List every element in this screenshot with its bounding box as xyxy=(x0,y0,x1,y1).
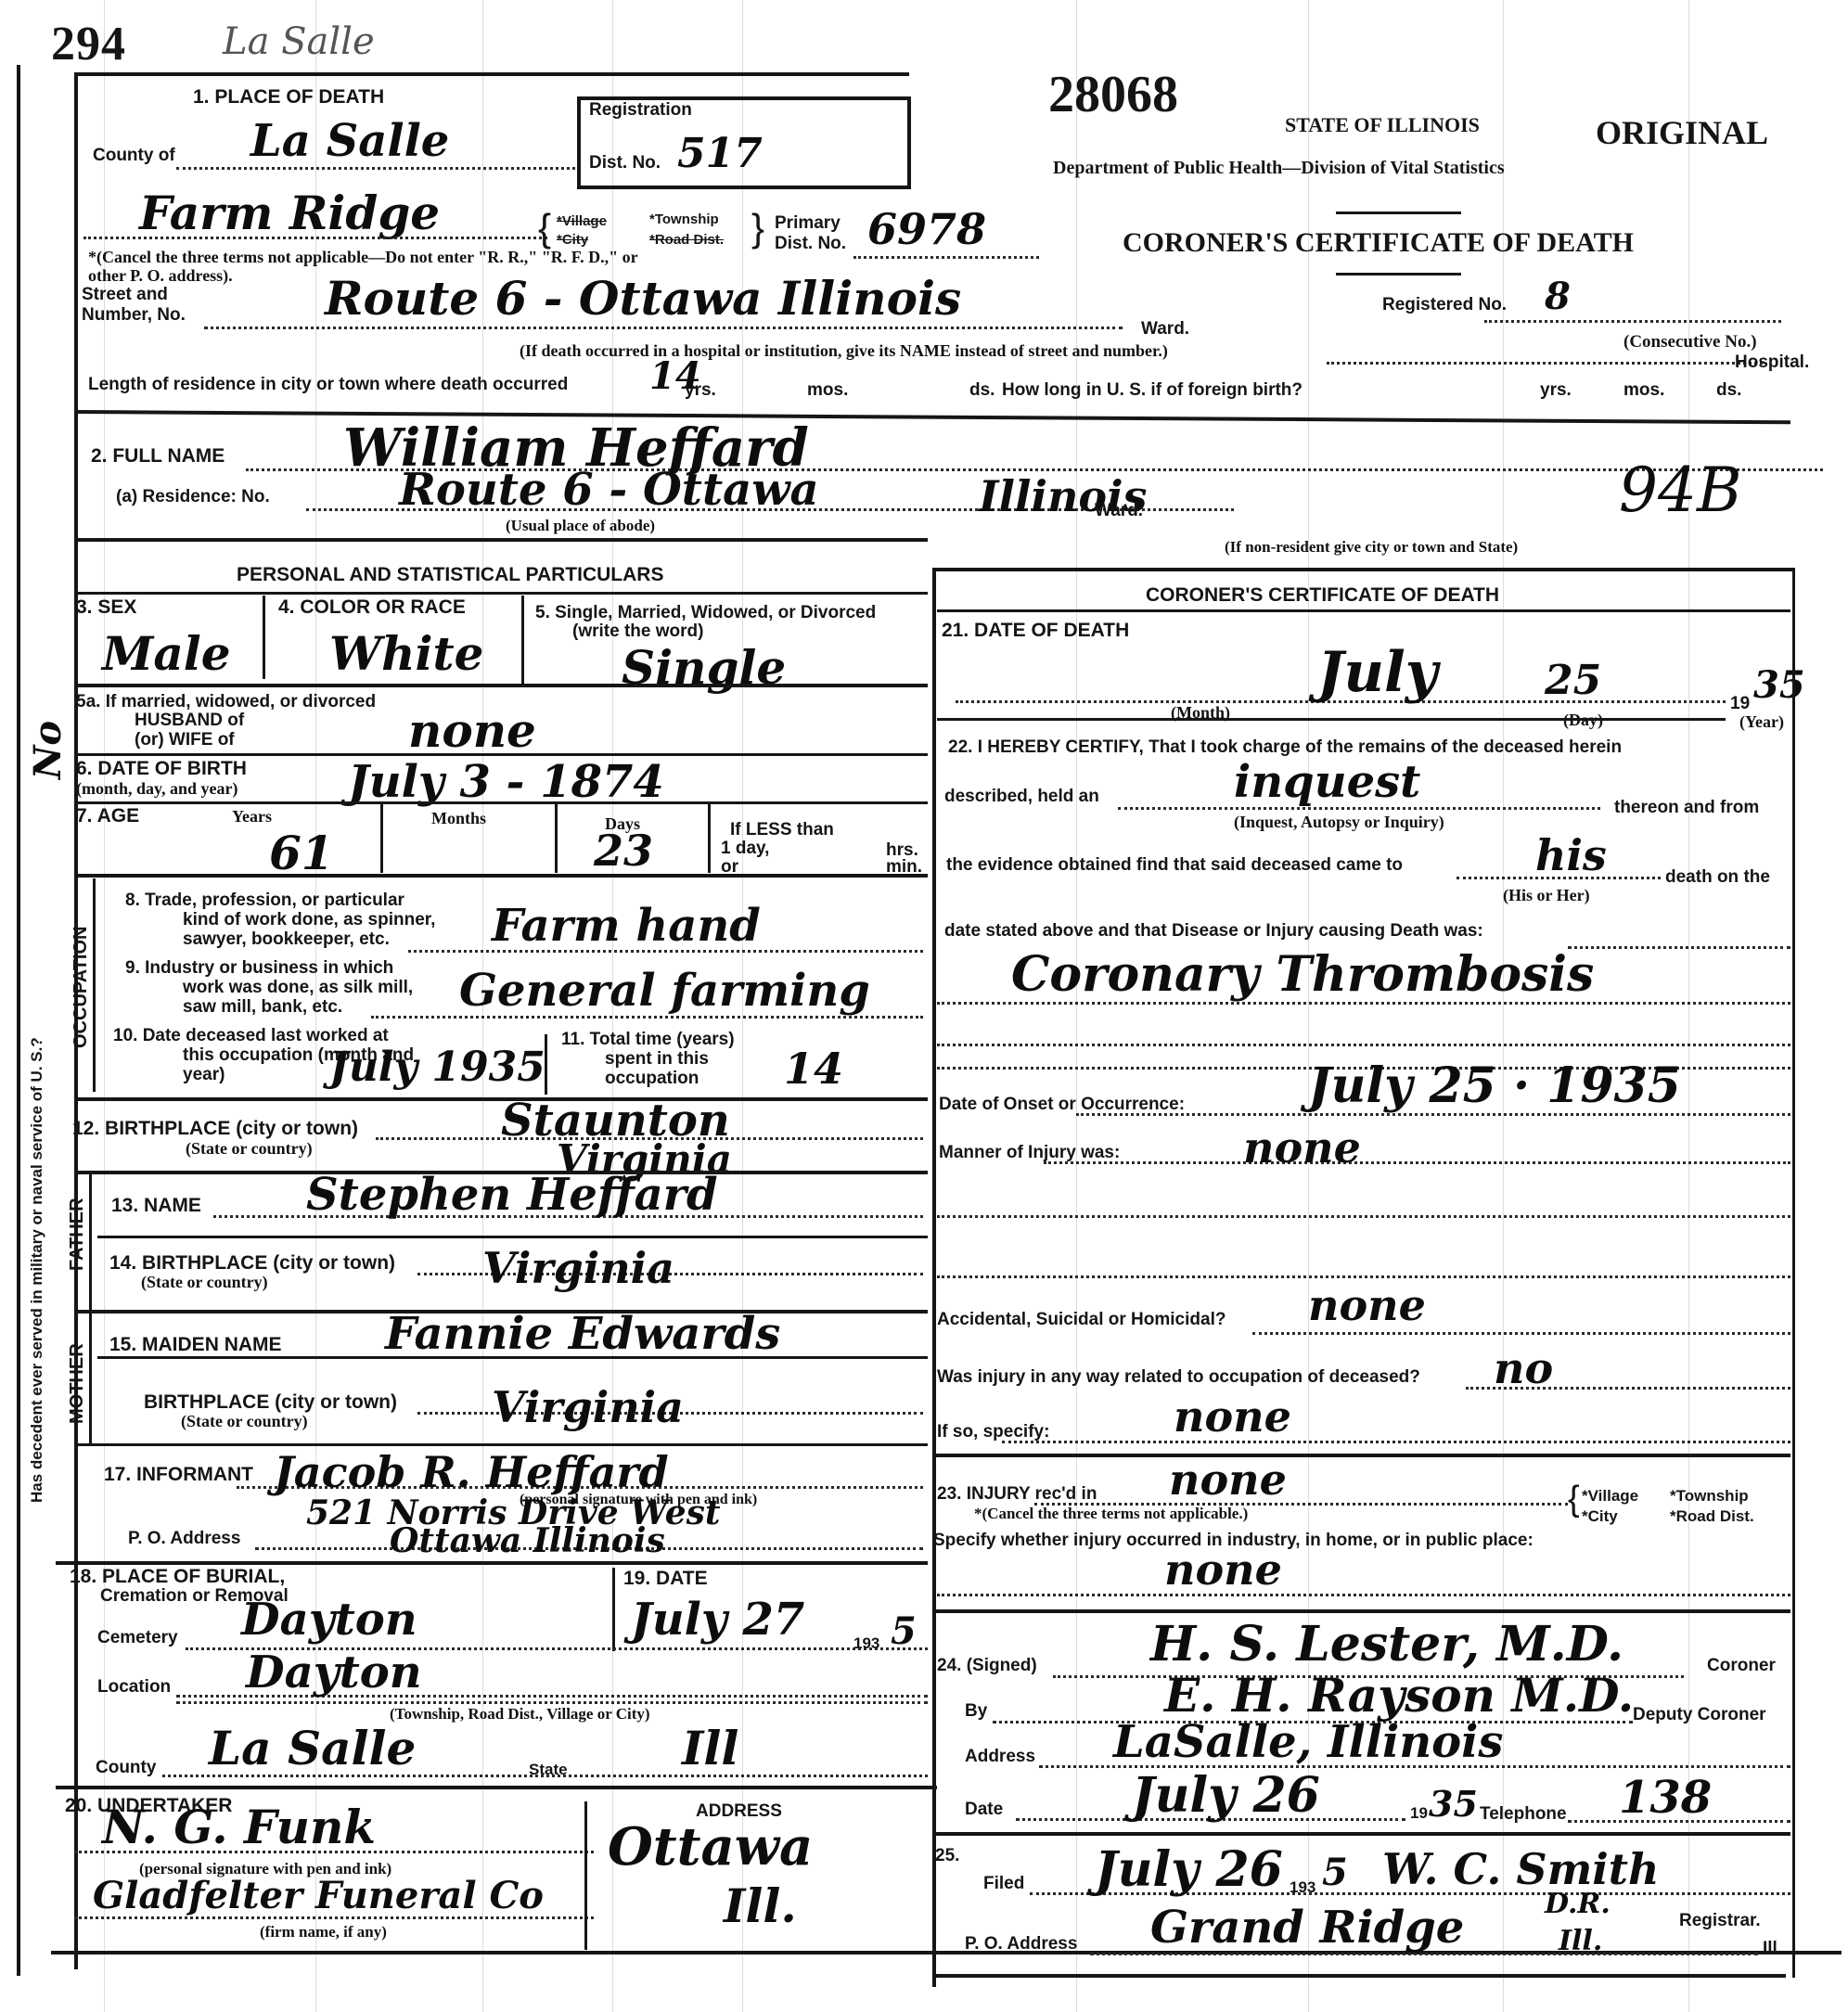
filing-number: 25. xyxy=(935,1846,959,1866)
marital-label: 5. Single, Married, Widowed, or Divorced xyxy=(535,603,876,623)
cancel-note-2: other P. O. address). xyxy=(88,266,233,286)
certificate-title: CORONER'S CERTIFICATE OF DEATH xyxy=(1123,227,1634,259)
dotted-line xyxy=(1568,946,1790,949)
dotted-line xyxy=(204,327,1123,329)
trade-label-2: kind of work done, as spinner, xyxy=(183,910,435,930)
dotted-line xyxy=(74,1916,594,1919)
trade-value: Farm hand xyxy=(492,900,761,952)
sign-year: 35 xyxy=(1429,1783,1478,1825)
trade-label-1: 8. Trade, profession, or particular xyxy=(125,891,404,911)
military-service-question: Has decedent ever served in military or … xyxy=(28,1037,46,1503)
year-note: (Year) xyxy=(1739,712,1784,732)
term-township: *Township xyxy=(649,211,719,227)
personal-section-title: PERSONAL AND STATISTICAL PARTICULARS xyxy=(237,564,663,586)
divider xyxy=(1336,273,1461,276)
residence-label: (a) Residence: No. xyxy=(116,487,270,507)
divider xyxy=(521,596,524,684)
page-number: 294 xyxy=(51,17,126,71)
burial-state-value: Ill xyxy=(682,1721,738,1775)
race-label: 4. COLOR OR RACE xyxy=(278,596,466,619)
primary-dist-value: 6978 xyxy=(867,204,986,254)
deputy-coroner-label: Deputy Coroner xyxy=(1633,1705,1766,1725)
po-address-label: P. O. Address xyxy=(128,1529,240,1549)
brace-open: { xyxy=(538,206,551,250)
residence-ward-label: Ward. xyxy=(1095,501,1143,521)
divider xyxy=(74,592,928,595)
county-note: La Salle xyxy=(223,20,375,63)
section-divider xyxy=(932,568,1795,571)
onset-label: Date of Onset or Occurrence: xyxy=(939,1095,1185,1115)
registered-no-label: Registered No. xyxy=(1382,295,1507,315)
age-days: 23 xyxy=(594,826,653,876)
mother-birthplace-sub: (State or country) xyxy=(181,1412,308,1431)
injury-term-township: *Township xyxy=(1670,1487,1749,1506)
dotted-line xyxy=(74,1851,594,1853)
filed-label: Filed xyxy=(983,1874,1024,1894)
father-birthplace-sub: (State or country) xyxy=(141,1273,268,1292)
dotted-line xyxy=(176,167,575,170)
divider xyxy=(263,596,265,679)
months-label: Months xyxy=(431,809,486,828)
divider xyxy=(97,1236,928,1238)
dotted-line xyxy=(1002,1441,1790,1443)
residence-length-label: Length of residence in city or town wher… xyxy=(88,375,568,395)
column-divider xyxy=(932,568,936,1987)
dist-no-label: Dist. No. xyxy=(589,153,661,173)
signed-label: 24. (Signed) xyxy=(937,1656,1037,1676)
industry-label-2: work was done, as silk mill, xyxy=(183,978,413,998)
filing-po-label: P. O. Address xyxy=(965,1934,1077,1954)
burial-label: 18. PLACE OF BURIAL, xyxy=(70,1566,285,1588)
birthplace-label: 12. BIRTHPLACE (city or town) xyxy=(72,1118,358,1140)
dob-sub: (month, day, and year) xyxy=(76,779,238,799)
foreign-ds-label: ds. xyxy=(1716,380,1741,401)
injury-label: 23. INJURY rec'd in xyxy=(937,1484,1097,1505)
mos-label: mos. xyxy=(807,380,848,401)
state-title: STATE OF ILLINOIS xyxy=(1285,113,1480,137)
injury-term-city: *City xyxy=(1582,1507,1618,1526)
divider xyxy=(708,803,711,873)
father-birthplace-label: 14. BIRTHPLACE (city or town) xyxy=(109,1252,395,1275)
section-divider xyxy=(74,538,928,542)
informant-address-2: Ottawa Illinois xyxy=(390,1521,665,1560)
form-border-bottom-right xyxy=(932,1974,1786,1978)
military-answer: No xyxy=(26,721,70,779)
hospital-label: Hospital. xyxy=(1735,352,1809,373)
scan-artifact xyxy=(1076,0,1077,2012)
accidental-value: none xyxy=(1308,1280,1426,1330)
divider xyxy=(937,609,1790,612)
divider xyxy=(584,1801,587,1950)
sex-value: Male xyxy=(102,626,231,681)
section-divider xyxy=(74,410,1790,424)
coroner-label: Coroner xyxy=(1707,1656,1776,1676)
sex-label: 3. SEX xyxy=(76,596,136,619)
undertaker-address-2: Ill. xyxy=(724,1878,797,1933)
held-value: inquest xyxy=(1234,756,1420,808)
place-of-death-label: 1. PLACE OF DEATH xyxy=(193,86,384,109)
death-month: July xyxy=(1317,640,1438,705)
township-value: Farm Ridge xyxy=(139,186,440,240)
date-value: July 26 xyxy=(1132,1767,1320,1824)
foreign-mos-label: mos. xyxy=(1623,380,1664,401)
industry-label-1: 9. Industry or business in which xyxy=(125,958,393,979)
street-label-2: Number, No. xyxy=(82,305,186,326)
burial-year-suffix: 5 xyxy=(891,1609,917,1653)
cause-value: Coronary Thrombosis xyxy=(1011,946,1594,1003)
injury-term-village: *Village xyxy=(1582,1487,1638,1506)
filing-po-state-sig: Ill. xyxy=(1559,1925,1602,1957)
informant-label: 17. INFORMANT xyxy=(104,1464,253,1486)
maiden-name-value: Fannie Edwards xyxy=(385,1308,780,1360)
street-label: Street and xyxy=(82,285,168,305)
mother-birthplace-label: BIRTHPLACE (city or town) xyxy=(144,1391,397,1414)
divider xyxy=(56,1561,928,1565)
registrar-label: Registrar. xyxy=(1679,1911,1761,1931)
telephone-label: Telephone xyxy=(1480,1804,1567,1825)
father-birthplace-value: Virginia xyxy=(482,1243,674,1293)
race-value: White xyxy=(329,626,483,681)
certify-text: 22. I HEREBY CERTIFY, That I took charge… xyxy=(948,737,1622,758)
less-label: If LESS than xyxy=(730,820,834,840)
total-time-label-2: spent in this xyxy=(605,1049,709,1070)
hospital-note: (If death occurred in a hospital or inst… xyxy=(520,341,1168,361)
injury-cancel-note: *(Cancel the three terms not applicable.… xyxy=(974,1505,1248,1523)
divider xyxy=(380,803,383,873)
by-value: E. H. Rayson M.D. xyxy=(1164,1668,1634,1723)
age-label: 7. AGE xyxy=(76,805,139,827)
divider xyxy=(545,1034,547,1095)
undertaker-name: N. G. Funk xyxy=(102,1800,376,1854)
address-label: Address xyxy=(965,1747,1035,1767)
injury-term-road-dist: *Road Dist. xyxy=(1670,1507,1754,1526)
location-note: (Township, Road Dist., Village or City) xyxy=(390,1705,650,1724)
death-year-prefix: 19 xyxy=(1730,694,1750,714)
injury-place-value: none xyxy=(1164,1544,1282,1595)
filed-year-prefix: 193 xyxy=(1290,1878,1315,1897)
form-border-top xyxy=(74,72,909,76)
death-year: 35 xyxy=(1753,663,1805,707)
spouse-label-3: (or) WIFE of xyxy=(135,730,235,750)
divider xyxy=(89,1314,92,1443)
total-time-label-3: occupation xyxy=(605,1069,699,1089)
foreign-birth-label: How long in U. S. if of foreign birth? xyxy=(1002,380,1303,401)
dotted-line xyxy=(937,1215,1790,1218)
nonresident-note: (If non-resident give city or town and S… xyxy=(1225,538,1518,557)
occupation-side-label: OCCUPATION xyxy=(71,927,92,1048)
mother-birthplace-value: Virginia xyxy=(492,1382,684,1432)
location-value: Dayton xyxy=(246,1647,422,1698)
brace-close: } xyxy=(751,206,764,250)
brace-open: { xyxy=(1568,1480,1580,1519)
location-label: Location xyxy=(97,1677,171,1698)
cause-label: date stated above and that Disease or In… xyxy=(944,921,1483,942)
divider xyxy=(74,1443,928,1446)
certificate-number: 28068 xyxy=(1048,65,1178,124)
thereon-label: thereon and from xyxy=(1614,798,1759,818)
burial-date-label: 19. DATE xyxy=(623,1568,708,1590)
divider xyxy=(932,1454,1790,1457)
divider xyxy=(74,801,928,804)
abode-note: (Usual place of abode) xyxy=(506,517,655,535)
divider xyxy=(932,1609,1790,1613)
county-label: County of xyxy=(93,146,175,166)
undertaker-firm-note: (firm name, if any) xyxy=(260,1923,387,1942)
ds-label: ds. xyxy=(969,380,995,401)
divider xyxy=(97,1356,928,1359)
filed-value: July 26 xyxy=(1095,1841,1283,1898)
maiden-name-label: 15. MAIDEN NAME xyxy=(109,1334,282,1356)
cemetery-value: Dayton xyxy=(241,1594,417,1646)
dotted-line xyxy=(853,256,1039,259)
dotted-line xyxy=(83,237,547,239)
dotted-line xyxy=(937,1275,1790,1278)
term-village: *Village xyxy=(557,211,607,232)
divider xyxy=(932,1832,1790,1836)
signed-value: H. S. Lester, M.D. xyxy=(1150,1616,1623,1672)
informant-name: Jacob R. Heffard xyxy=(274,1447,669,1497)
filing-po-value: Grand Ridge xyxy=(1150,1902,1464,1954)
term-road-dist: *Road Dist. xyxy=(649,232,724,248)
trade-label-3: sawyer, bookkeeper, etc. xyxy=(183,929,390,950)
divider xyxy=(93,878,96,1092)
death-on-label: death on the xyxy=(1665,867,1770,888)
consecutive-label: (Consecutive No.) xyxy=(1623,332,1757,352)
primary-dist-label: Primary xyxy=(775,213,841,234)
divider xyxy=(89,1174,92,1314)
mother-side-label: MOTHER xyxy=(67,1343,88,1424)
father-side-label: FATHER xyxy=(67,1198,88,1271)
marital-sub: (write the word) xyxy=(572,622,703,642)
dotted-line xyxy=(176,1701,928,1704)
dist-no-value: 517 xyxy=(677,130,763,177)
occupation-related-value: no xyxy=(1494,1343,1553,1393)
divider xyxy=(74,874,928,878)
by-label: By xyxy=(965,1701,987,1722)
held-note: (Inquest, Autopsy or Inquiry) xyxy=(1234,813,1444,832)
coroner-section-title: CORONER'S CERTIFICATE OF DEATH xyxy=(1146,584,1499,607)
original-label: ORIGINAL xyxy=(1596,113,1768,152)
residence-value: Route 6 - Ottawa xyxy=(399,464,819,516)
yrs-label: yrs. xyxy=(685,380,716,401)
burial-date-value: July 27 xyxy=(631,1594,804,1646)
onset-value: July 25 · 1935 xyxy=(1308,1057,1681,1114)
dob-value: July 3 - 1874 xyxy=(348,756,664,808)
form-border-right xyxy=(1792,568,1795,1978)
day-label: 1 day, xyxy=(721,839,769,859)
cancel-note: *(Cancel the three terms not applicable—… xyxy=(88,248,638,267)
foreign-yrs-label: yrs. xyxy=(1540,380,1572,401)
spouse-label-1: 5a. If married, widowed, or divorced xyxy=(76,692,376,712)
burial-county-value: La Salle xyxy=(209,1721,416,1775)
date-of-death-label: 21. DATE OF DEATH xyxy=(942,620,1129,642)
street-value: Route 6 - Ottawa Illinois xyxy=(325,271,961,326)
injury-value: none xyxy=(1169,1455,1287,1505)
undertaker-firm: Gladfelter Funeral Co xyxy=(93,1874,544,1917)
dotted-line xyxy=(1252,1332,1790,1335)
filing-po-state: Ill. xyxy=(1763,1939,1782,1959)
death-day: 25 xyxy=(1545,657,1601,704)
birthplace-sub: (State or country) xyxy=(186,1139,313,1159)
dotted-line xyxy=(937,1002,1790,1005)
telephone-value: 138 xyxy=(1619,1772,1712,1824)
address-value: LaSalle, Illinois xyxy=(1113,1716,1503,1768)
total-time-value: 14 xyxy=(784,1044,843,1094)
burial-state-label: State xyxy=(529,1761,568,1779)
term-city: *City xyxy=(557,232,588,248)
specify-value: none xyxy=(1174,1391,1291,1442)
father-name-value: Stephen Heffard xyxy=(306,1169,718,1221)
registration-label: Registration xyxy=(589,100,692,121)
dotted-line xyxy=(1484,320,1781,323)
industry-value: General farming xyxy=(459,965,870,1017)
cemetery-label: Cemetery xyxy=(97,1628,178,1648)
held-label: described, held an xyxy=(944,787,1099,807)
primary-dist-label-2: Dist. No. xyxy=(775,234,846,254)
spouse-value: none xyxy=(408,703,536,758)
occupation-related-label: Was injury in any way related to occupat… xyxy=(937,1367,1420,1388)
dotted-line xyxy=(937,1594,1790,1596)
dotted-line xyxy=(1044,1161,1790,1164)
accidental-label: Accidental, Suicidal or Homicidal? xyxy=(937,1310,1226,1330)
manner-value: none xyxy=(1243,1122,1361,1173)
dotted-line xyxy=(937,1044,1790,1046)
burial-county-label: County xyxy=(96,1758,156,1778)
registered-no-value: 8 xyxy=(1545,275,1571,318)
margin-border xyxy=(17,65,20,1976)
registrar-suffix: D.R. xyxy=(1545,1888,1611,1920)
divider xyxy=(555,803,558,873)
dob-label: 6. DATE OF BIRTH xyxy=(76,758,247,780)
county-value: La Salle xyxy=(250,115,449,167)
age-years: 61 xyxy=(269,826,334,880)
divider xyxy=(74,684,928,687)
manner-label: Manner of Injury was: xyxy=(939,1143,1120,1163)
divider xyxy=(937,718,1726,721)
last-worked-label-3: year) xyxy=(183,1065,225,1085)
spouse-label-2: HUSBAND of xyxy=(135,711,244,731)
pronoun-note: (His or Her) xyxy=(1503,886,1590,905)
evidence-label: the evidence obtained find that said dec… xyxy=(946,855,1403,876)
dotted-line xyxy=(1327,362,1763,365)
father-name-label: 13. NAME xyxy=(111,1195,201,1217)
undertaker-address-1: Ottawa xyxy=(608,1816,813,1877)
industry-label-3: saw mill, bank, etc. xyxy=(183,997,342,1018)
last-worked-value: July 1935 xyxy=(329,1044,545,1091)
pronoun-value: his xyxy=(1535,830,1607,880)
filed-year: 5 xyxy=(1322,1851,1348,1894)
sign-year-prefix: 19 xyxy=(1410,1804,1428,1823)
divider xyxy=(612,1568,615,1651)
years-label: Years xyxy=(232,807,272,827)
divider xyxy=(1336,211,1461,214)
burial-year-prefix: 193 xyxy=(853,1634,879,1653)
ward-label: Ward. xyxy=(1141,319,1189,340)
date-label: Date xyxy=(965,1800,1003,1820)
specify-label: If so, specify: xyxy=(937,1422,1049,1442)
total-time-label-1: 11. Total time (years) xyxy=(561,1030,735,1050)
full-name-label: 2. FULL NAME xyxy=(91,445,225,468)
divider xyxy=(56,1786,937,1789)
margin-mark: 94B xyxy=(1619,455,1741,526)
registrar-name: W. C. Smith xyxy=(1382,1844,1659,1894)
department-title: Department of Public Health—Division of … xyxy=(1053,158,1505,179)
